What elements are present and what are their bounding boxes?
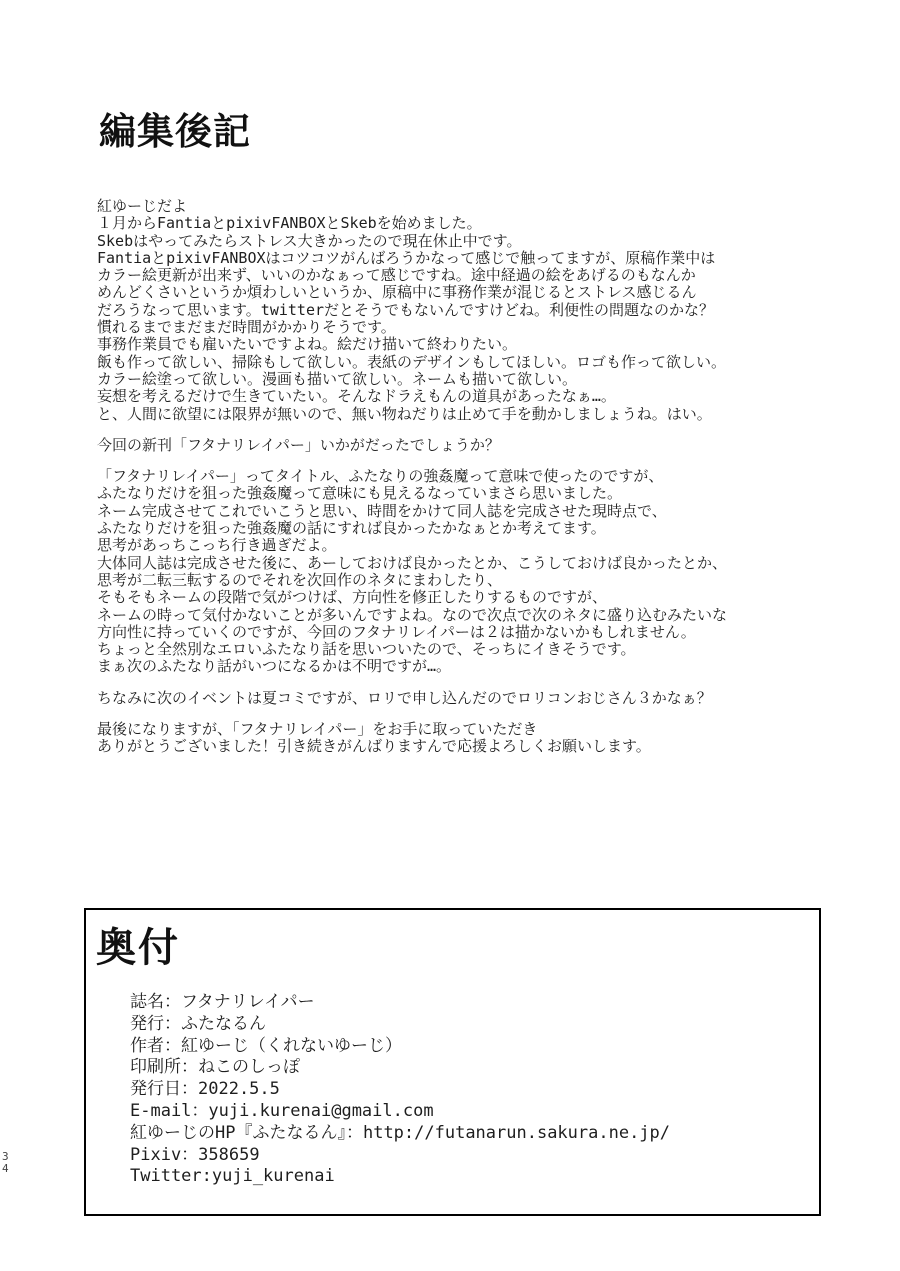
afterword-paragraph-next-event: ちなみに次のイベントは夏コミですが、ロリで申し込んだのでロリコンおじさん３かなぁ… [97,690,877,707]
afterword-paragraph-title-reflection: 「フタナリレイパー」ってタイトル、ふたなりの強姦魔って意味で使ったのですが、 ふ… [97,468,877,676]
colophon-details: 誌名：フタナリレイパー 発行：ふたなるん 作者：紅ゆーじ（くれないゆーじ） 印刷… [130,992,670,1188]
colophon-title: 奥付 [96,916,180,973]
afterword-page: 編集後記 紅ゆーじだよ １月からFantiaとpixivFANBOXとSkebを… [0,0,900,1271]
afterword-page-title: 編集後記 [99,101,251,155]
afterword-paragraph-new-book-question: 今回の新刊「フタナリレイパー」いかがだったでしょうか？ [97,437,877,454]
page-number: 3 4 [2,1151,9,1175]
afterword-paragraph-thanks: 最後になりますが、「フタナリレイパー」をお手に取っていただき ありがとうございま… [97,721,877,756]
colophon-box: 奥付 誌名：フタナリレイパー 発行：ふたなるん 作者：紅ゆーじ（くれないゆーじ）… [84,908,821,1216]
afterword-body: 紅ゆーじだよ １月からFantiaとpixivFANBOXとSkebを始めました… [97,198,877,756]
afterword-paragraph-intro: 紅ゆーじだよ １月からFantiaとpixivFANBOXとSkebを始めました… [97,198,877,423]
